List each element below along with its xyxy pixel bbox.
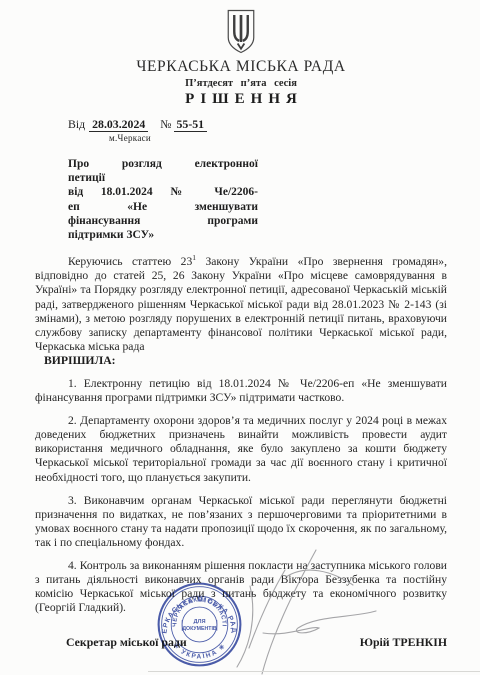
signatory-name: Юрій ТРЕНКІН: [360, 635, 447, 650]
subject-line: еп «Не зменшувати: [68, 200, 258, 214]
decision-items: 1. Електронну петицію від 18.01.2024 № Ч…: [35, 377, 447, 615]
scan-bottom-edge: [148, 671, 480, 672]
number-value: 55-51: [174, 117, 208, 132]
organization-name: ЧЕРКАСЬКА МІСЬКА РАДА: [35, 58, 447, 76]
stamp-center-line1: ДЛЯ: [193, 619, 205, 625]
signature-row: Секретар міської ради Юрій ТРЕНКІН: [66, 635, 447, 650]
subject-line: від 18.01.2024 № Че/2206-: [68, 185, 258, 199]
date-value: 28.03.2024: [89, 117, 148, 132]
city-label: м.Черкаси: [109, 133, 447, 143]
date-number-line: Від28.03.2024№55-51: [68, 117, 447, 132]
decision-item: 3. Виконавчим органам Черкаської міської…: [35, 494, 447, 550]
decision-item: 1. Електронну петицію від 18.01.2024 № Ч…: [35, 377, 447, 405]
decision-item: 2. Департаменту охорони здоров’я та меди…: [35, 414, 447, 484]
document-page: ЧЕРКАСЬКА МІСЬКА РАДА П’ятдесят п’ята се…: [0, 0, 480, 675]
preamble-text-start: Керуючись статтею 23: [68, 255, 192, 268]
subject-line: підтримки ЗСУ»: [68, 228, 258, 242]
subject-block: Про розгляд електронноїпетиціївід 18.01.…: [68, 157, 258, 242]
number-label: №: [160, 117, 171, 131]
resolved-label: ВИРІШИЛА:: [44, 354, 447, 368]
document-type-title: РІШЕННЯ: [35, 91, 447, 108]
preamble-text-end: Закону України «Про звернення громадян»,…: [35, 255, 447, 353]
preamble-paragraph: Керуючись статтею 231 Закону України «Пр…: [35, 255, 447, 354]
subject-line: Про розгляд електронної: [68, 157, 258, 171]
official-round-stamp: ЧЕРКАСЬКА МІСЬКА РАДА ✳ УКРАЇНА ✳ ЧЕРКАС…: [156, 581, 243, 668]
stamp-center-line2: ДОКУМЕНТІВ: [182, 626, 217, 632]
coat-of-arms-trident-icon: [226, 9, 256, 54]
document-header: ЧЕРКАСЬКА МІСЬКА РАДА П’ятдесят п’ята се…: [35, 9, 447, 108]
session-title: П’ятдесят п’ята сесія: [35, 78, 447, 89]
subject-line: фінансування програми: [68, 214, 258, 228]
subject-line: петиції: [68, 171, 258, 185]
date-label: Від: [68, 117, 85, 131]
